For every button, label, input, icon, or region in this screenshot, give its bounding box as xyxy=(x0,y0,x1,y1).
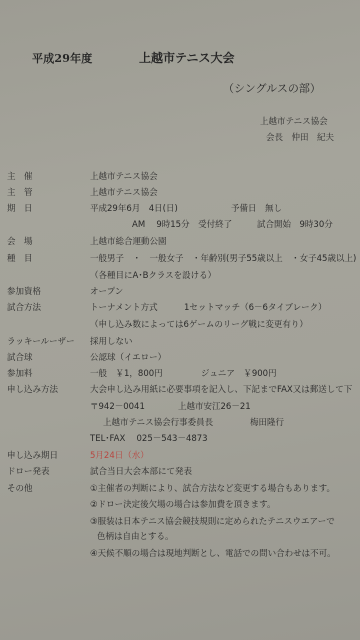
organizer-name: 上越市テニス協会 xyxy=(260,115,328,127)
row-ball: 試合球 公認球（イエロー） xyxy=(0,351,360,367)
row-value: AM 9時15分 受付終了 xyxy=(132,218,232,230)
row-extra: 梅田隆行 xyxy=(250,416,284,428)
row-value: 〒942－0041 xyxy=(90,400,145,412)
deadline-value: 5月24日（水） xyxy=(90,449,149,461)
row-value: （申し込み数によっては6ゲームのリーグ戦に変更有り） xyxy=(90,318,308,330)
row-other: その他 ①主催者の判断により、試合方法など変更する場合もあります。 xyxy=(0,482,360,498)
row-value: （各種目にA･Bクラスを設ける） xyxy=(90,269,216,281)
document-title: 上越市テニス大会 xyxy=(139,49,235,66)
row-value: ②ドロー決定後欠場の場合は参加費を頂きます。 xyxy=(90,498,275,510)
row-value: 大会申し込み用紙に必要事項を記入し、下記までFAX又は郵送して下 xyxy=(90,383,352,395)
row-extra: 予備日 無し xyxy=(231,202,282,214)
row-contact-person: 上越市テニス協会行事委員長 梅田隆行 xyxy=(0,416,360,432)
row-date: 期 日 平成29年6月 4日(日) 予備日 無し xyxy=(0,202,360,218)
row-other-2: ②ドロー決定後欠場の場合は参加費を頂きます。 xyxy=(0,498,360,514)
row-management: 主 管 上越市テニス協会 xyxy=(0,186,360,202)
row-deadline: 申し込み期日 5月24日（水） xyxy=(0,449,360,465)
row-extra: 1セットマッチ（6－6タイブレーク） xyxy=(184,301,327,313)
row-phone: TEL･FAX 025－543－4873 xyxy=(0,432,360,448)
row-match-format-note: （申し込み数によっては6ゲームのリーグ戦に変更有り） xyxy=(0,318,360,334)
row-label: 主 管 xyxy=(7,186,33,198)
document-year: 平成29年度 xyxy=(32,50,93,66)
row-date-time: AM 9時15分 受付終了 試合開始 9時30分 xyxy=(0,218,360,234)
row-label: 申し込み方法 xyxy=(7,383,58,395)
row-value: 上越市総合運動公園 xyxy=(90,235,167,247)
row-draw: ドロー発表 試合当日大会本部にて発表 xyxy=(0,465,360,481)
row-label: 試合方法 xyxy=(7,301,41,313)
row-value: トーナメント方式 xyxy=(90,301,158,313)
row-value: 色柄は自由とする。 xyxy=(97,530,174,542)
row-eligibility: 参加資格 オープン xyxy=(0,285,360,301)
row-value: 一般男子 ・ 一般女子 ・年齢別(男子55歳以上 ・女子45歳以上) xyxy=(90,252,356,264)
row-extra: 試合開始 9時30分 xyxy=(257,218,333,230)
row-label: 会 場 xyxy=(7,235,33,247)
row-sponsor: 主 催 上越市テニス協会 xyxy=(0,170,360,186)
row-other-3b: 色柄は自由とする。 xyxy=(0,530,360,546)
row-value: 一般 ￥1，800円 xyxy=(90,367,163,379)
row-value: 上越市テニス協会 xyxy=(90,170,158,182)
row-label: 種 目 xyxy=(7,252,33,264)
row-value: 上越市テニス協会 xyxy=(90,186,158,198)
row-address: 〒942－0041 上越市安江26－21 xyxy=(0,400,360,416)
row-extra: 上越市安江26－21 xyxy=(178,400,251,412)
row-label: その他 xyxy=(7,482,33,494)
row-label: 申し込み期日 xyxy=(7,449,58,461)
row-events-note: （各種目にA･Bクラスを設ける） xyxy=(0,269,360,285)
president-name: 会長 仲田 紀夫 xyxy=(266,131,334,143)
row-events: 種 目 一般男子 ・ 一般女子 ・年齢別(男子55歳以上 ・女子45歳以上) xyxy=(0,252,360,268)
row-value: ③服装は日本テニス協会競技規則に定められたテニスウエアーで xyxy=(90,515,335,527)
row-value: 公認球（イエロー） xyxy=(90,351,166,363)
row-value: 採用しない xyxy=(90,335,133,347)
row-extra: ジュニア ￥900円 xyxy=(201,367,277,379)
row-label: 参加資格 xyxy=(7,285,41,297)
row-other-3: ③服装は日本テニス協会競技規則に定められたテニスウエアーで xyxy=(0,515,360,531)
document-subtitle: （シングルスの部） xyxy=(223,80,321,96)
row-value: オープン xyxy=(90,285,123,297)
row-value: 上越市テニス協会行事委員長 xyxy=(103,416,213,428)
row-value: 平成29年6月 4日(日) xyxy=(90,202,178,214)
row-label: ラッキールーザー xyxy=(7,335,75,347)
row-other-4: ④天候不順の場合は現地判断とし、電話での問い合わせは不可。 xyxy=(0,547,360,563)
row-label: 試合球 xyxy=(7,351,33,363)
row-label: 期 日 xyxy=(7,202,33,214)
row-value: ④天候不順の場合は現地判断とし、電話での問い合わせは不可。 xyxy=(90,547,336,559)
row-entry-fee: 参加料 一般 ￥1，800円 ジュニア ￥900円 xyxy=(0,367,360,383)
row-match-format: 試合方法 トーナメント方式 1セットマッチ（6－6タイブレーク） xyxy=(0,301,360,317)
row-label: 主 催 xyxy=(7,170,33,182)
row-value: TEL･FAX 025－543－4873 xyxy=(90,432,208,444)
row-label: 参加料 xyxy=(7,367,33,379)
row-venue: 会 場 上越市総合運動公園 xyxy=(0,235,360,251)
row-value: ①主催者の判断により、試合方法など変更する場合もあります。 xyxy=(90,482,335,494)
document-page: 平成29年度 上越市テニス大会 （シングルスの部） 上越市テニス協会 会長 仲田… xyxy=(0,0,360,640)
row-lucky-loser: ラッキールーザー 採用しない xyxy=(0,335,360,351)
row-label: ドロー発表 xyxy=(7,465,50,477)
row-value: 試合当日大会本部にて発表 xyxy=(90,465,192,477)
row-application-method: 申し込み方法 大会申し込み用紙に必要事項を記入し、下記までFAX又は郵送して下 xyxy=(0,383,360,399)
